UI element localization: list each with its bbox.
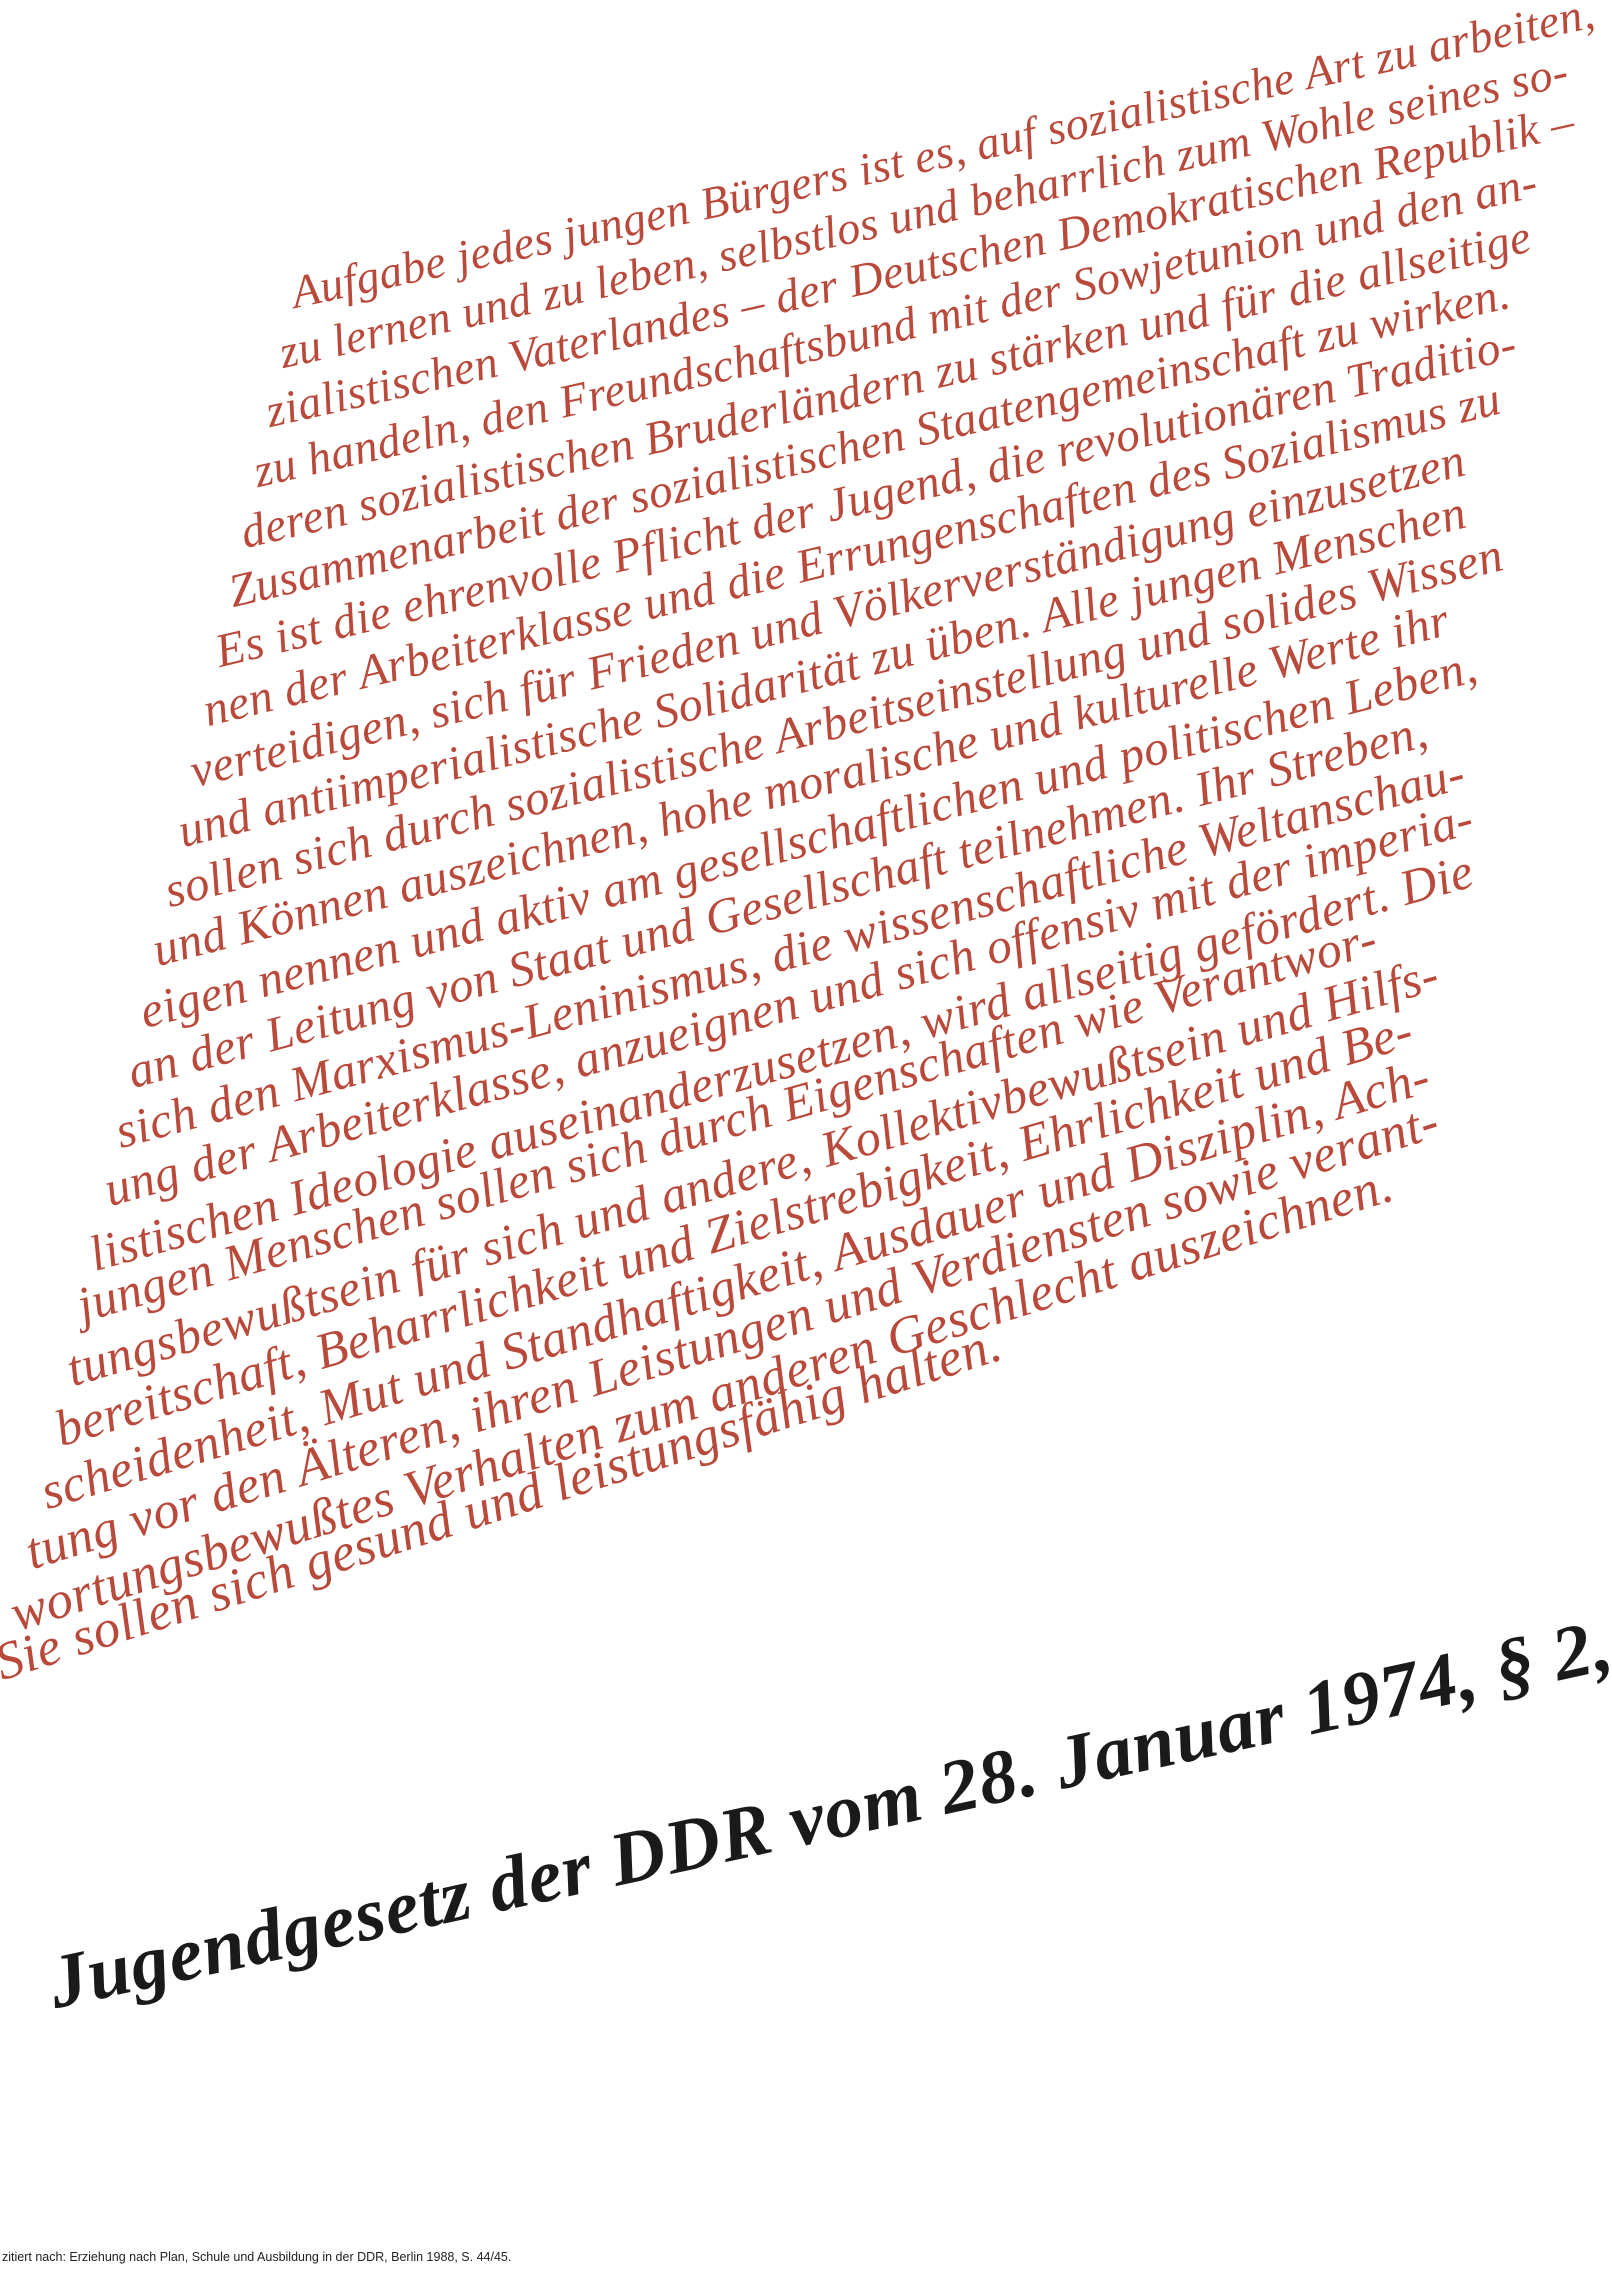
attribution-heading: Jugendgesetz der DDR vom 28. Januar 1974…	[42, 1560, 1612, 2021]
source-citation: zitiert nach: Erziehung nach Plan, Schul…	[2, 2250, 511, 2264]
